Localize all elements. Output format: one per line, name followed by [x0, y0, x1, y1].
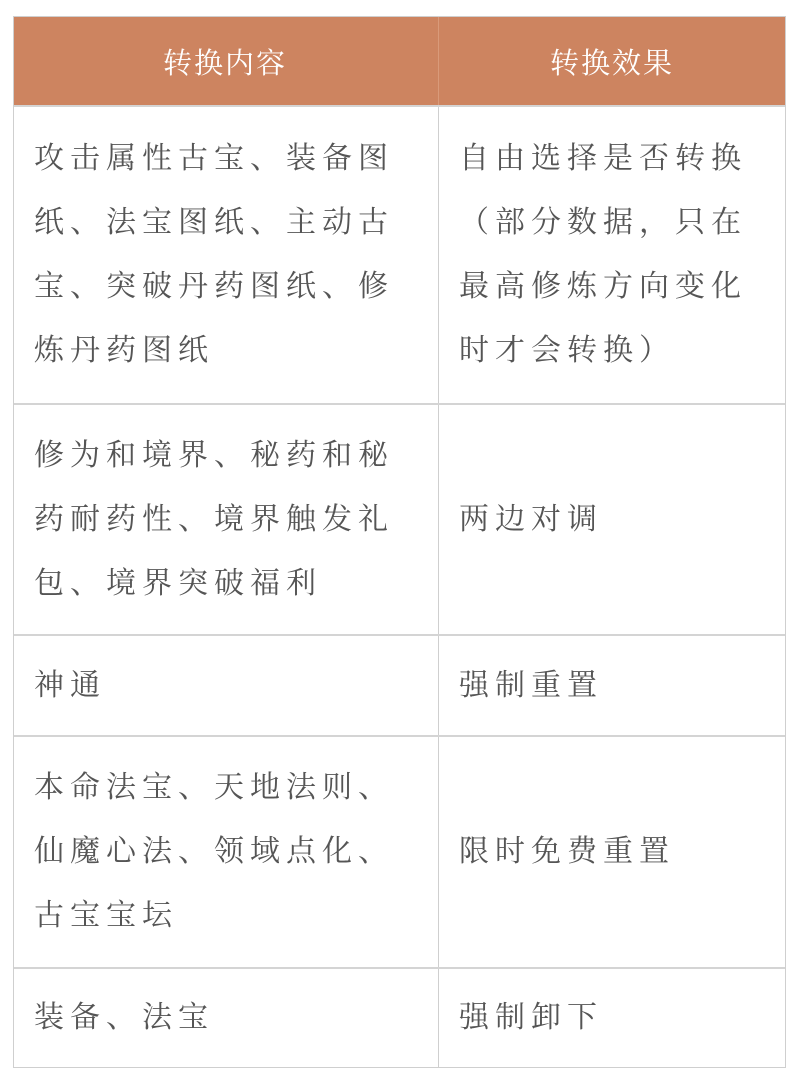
row-effect: 自由选择是否转换（部分数据，只在最高修炼方向变化时才会转换） — [459, 127, 765, 383]
table-row: 本命法宝、天地法则、仙魔心法、领域点化、古宝宝坛 限时免费重置 — [14, 735, 785, 967]
table-row: 攻击属性古宝、装备图纸、法宝图纸、主动古宝、突破丹药图纸、修炼丹药图纸 自由选择… — [14, 105, 785, 403]
row-content: 神通 — [34, 654, 106, 718]
row-effect: 强制卸下 — [459, 986, 603, 1050]
table-row: 装备、法宝 强制卸下 — [14, 967, 785, 1067]
row-effect: 强制重置 — [459, 654, 603, 718]
header-effect: 转换效果 — [439, 17, 785, 105]
table-row: 修为和境界、秘药和秘药耐药性、境界触发礼包、境界突破福利 两边对调 — [14, 403, 785, 634]
row-effect: 两边对调 — [459, 488, 603, 552]
row-effect: 限时免费重置 — [459, 820, 675, 884]
row-content: 攻击属性古宝、装备图纸、法宝图纸、主动古宝、突破丹药图纸、修炼丹药图纸 — [34, 127, 416, 383]
table-header: 转换内容 转换效果 — [14, 17, 785, 105]
row-content: 修为和境界、秘药和秘药耐药性、境界触发礼包、境界突破福利 — [34, 424, 416, 616]
conversion-table: 转换内容 转换效果 攻击属性古宝、装备图纸、法宝图纸、主动古宝、突破丹药图纸、修… — [13, 16, 786, 1068]
row-content: 装备、法宝 — [34, 986, 214, 1050]
row-content: 本命法宝、天地法则、仙魔心法、领域点化、古宝宝坛 — [34, 756, 416, 948]
header-content: 转换内容 — [14, 17, 439, 105]
table-row: 神通 强制重置 — [14, 634, 785, 735]
